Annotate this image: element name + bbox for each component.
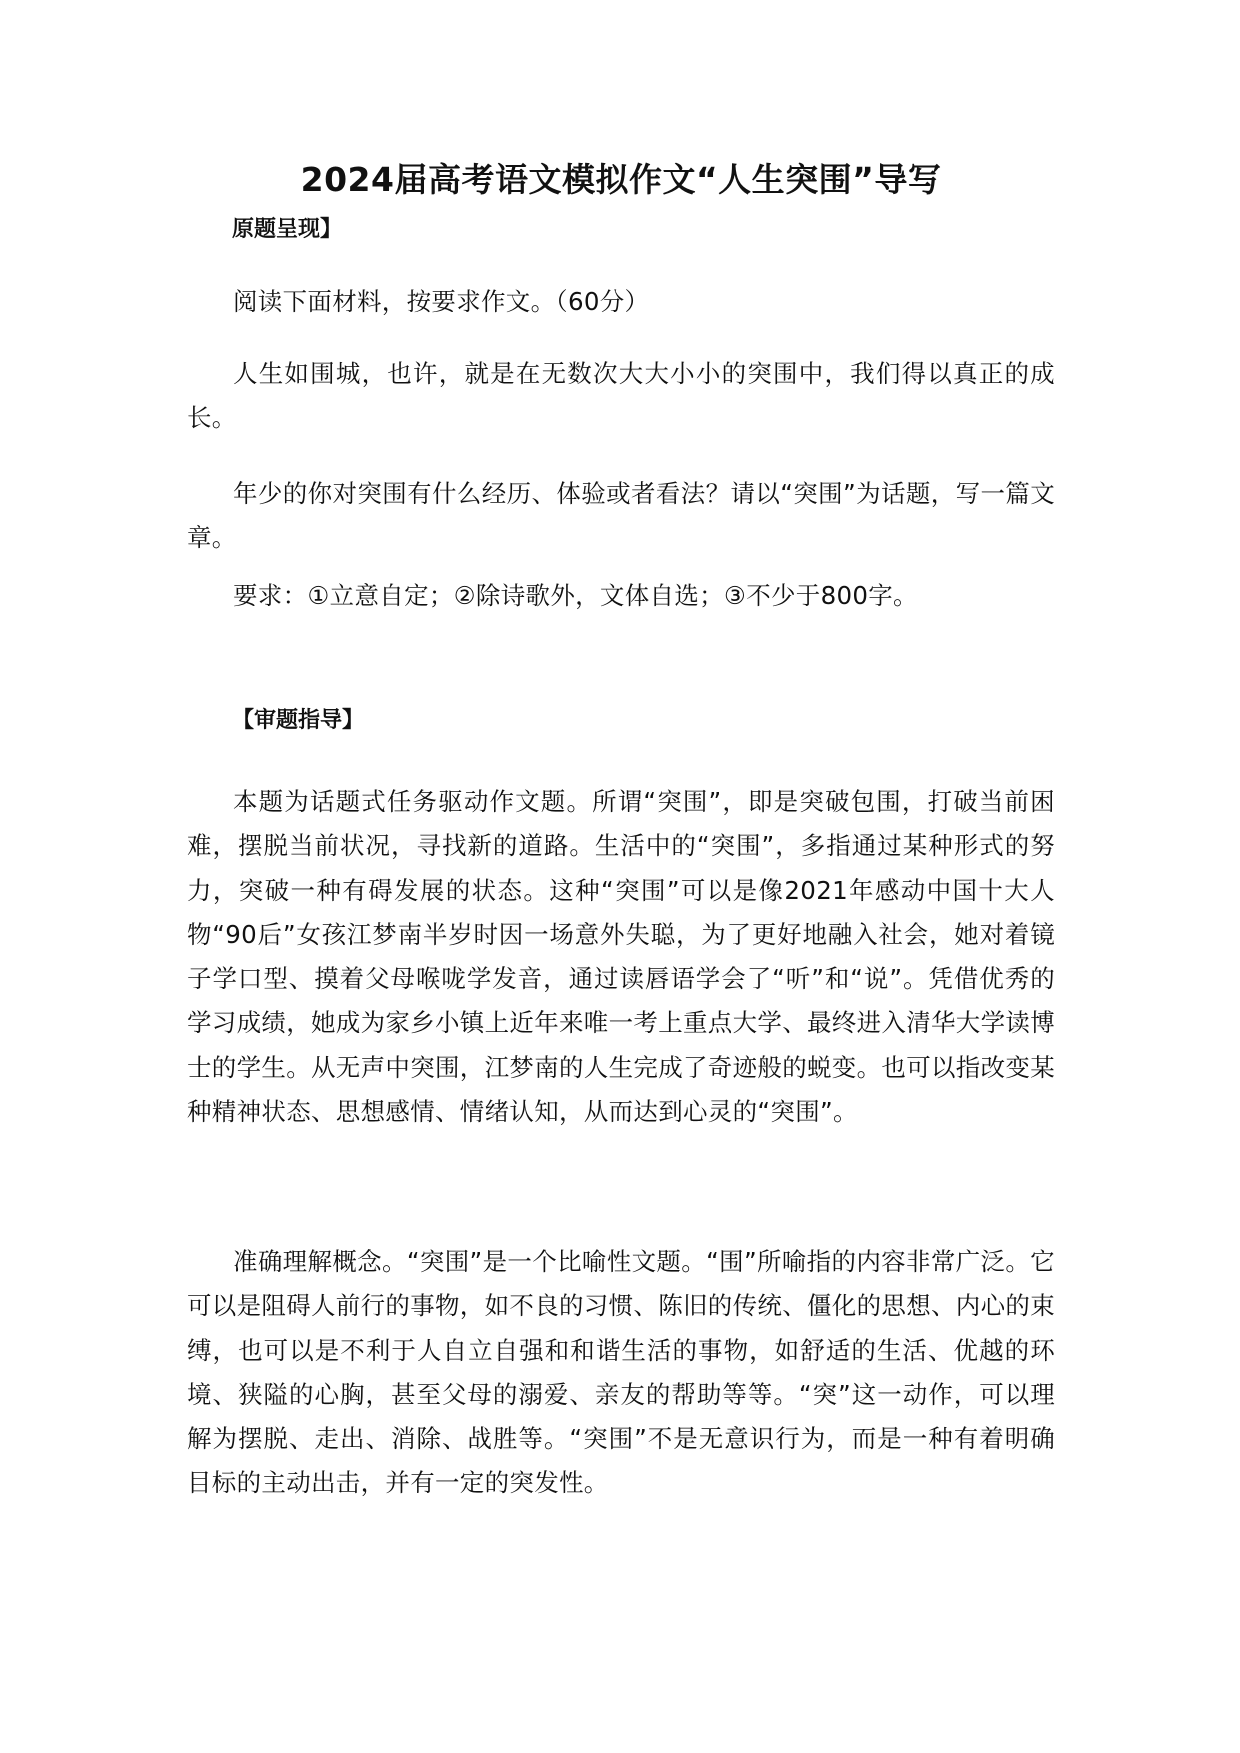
paragraph-analysis-topic: 本题为话题式任务驱动作文题。所谓“突围”，即是突破包围，打破当前困难，摆脱当前状…: [187, 780, 1055, 1134]
paragraph-material: 人生如围城，也许，就是在无数次大大小小的突围中，我们得以真正的成长。: [187, 352, 1055, 441]
document-title: 2024届高考语文模拟作文“人生突围”导写: [187, 158, 1055, 202]
paragraph-analysis-concept: 准确理解概念。“突围”是一个比喻性文题。“围”所喻指的内容非常广泛。它可以是阻碍…: [187, 1240, 1055, 1506]
paragraph-instruction: 阅读下面材料，按要求作文。（60分）: [187, 280, 1055, 324]
paragraph-task: 年少的你对突围有什么经历、体验或者看法？请以“突围”为话题，写一篇文章。: [187, 472, 1055, 561]
section-heading-original-question: 原题呈现】: [232, 213, 342, 247]
section-heading-analysis-guide: 【审题指导】: [232, 704, 364, 738]
paragraph-requirements: 要求：①立意自定；②除诗歌外，文体自选；③不少于800字。: [187, 574, 1055, 618]
